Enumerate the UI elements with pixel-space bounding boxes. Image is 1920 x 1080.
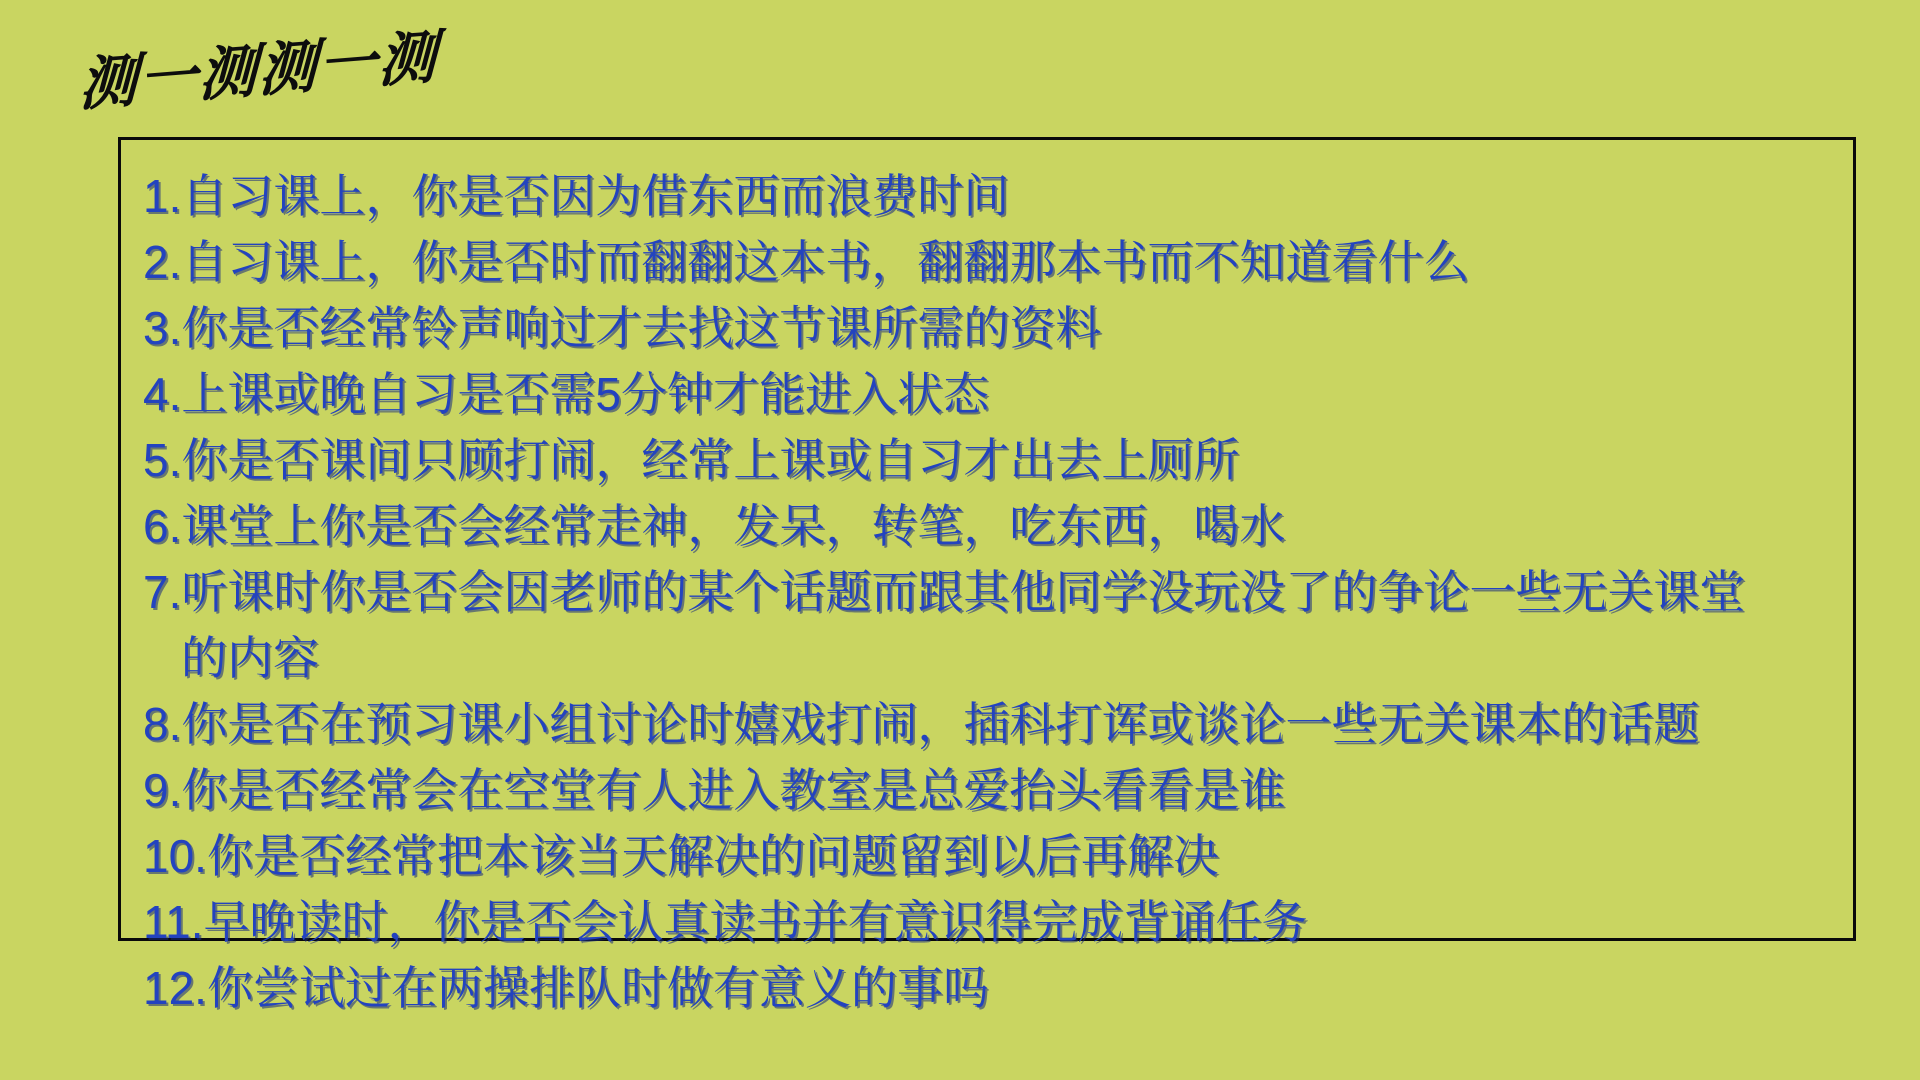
question-item: 1.自习课上，你是否因为借东西而浪费时间 — [143, 163, 1783, 229]
slide: 测一测测一测 1.自习课上，你是否因为借东西而浪费时间2.自习课上，你是否时而翻… — [0, 0, 1920, 1080]
question-item: 6.课堂上你是否会经常走神，发呆，转笔，吃东西，喝水 — [143, 493, 1783, 559]
question-item: 11.早晚读时，你是否会认真读书并有意识得完成背诵任务 — [143, 889, 1783, 955]
slide-title: 测一测测一测 — [78, 9, 439, 122]
question-item: 2.自习课上，你是否时而翻翻这本书，翻翻那本书而不知道看什么 — [143, 229, 1783, 295]
question-item: 5.你是否课间只顾打闹，经常上课或自习才出去上厕所 — [143, 427, 1783, 493]
question-item: 4.上课或晚自习是否需5分钟才能进入状态 — [143, 361, 1783, 427]
question-list: 1.自习课上，你是否因为借东西而浪费时间2.自习课上，你是否时而翻翻这本书，翻翻… — [143, 163, 1783, 1021]
question-item: 12.你尝试过在两操排队时做有意义的事吗 — [143, 955, 1783, 1021]
question-item: 8.你是否在预习课小组讨论时嬉戏打闹，插科打诨或谈论一些无关课本的话题 — [143, 691, 1783, 757]
question-item: 3.你是否经常铃声响过才去找这节课所需的资料 — [143, 295, 1783, 361]
question-item: 7.听课时你是否会因老师的某个话题而跟其他同学没玩没了的争论一些无关课堂的内容 — [143, 559, 1783, 691]
question-item: 10.你是否经常把本该当天解决的问题留到以后再解决 — [143, 823, 1783, 889]
question-item: 9.你是否经常会在空堂有人进入教室是总爱抬头看看是谁 — [143, 757, 1783, 823]
